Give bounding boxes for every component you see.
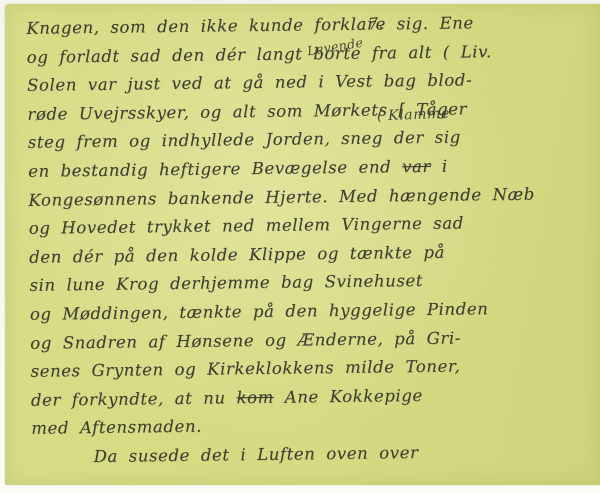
line-segment: i [431,157,448,176]
struck-word: var [402,157,431,176]
line-segment: en bestandig heftigere Bevægelse end [28,157,402,181]
manuscript-paper: 7. Levende ( Klamme Knagen, som den ikke… [5,4,600,485]
struck-word: kom [236,388,274,407]
line-segment: der forkyndte, at nu [31,388,237,410]
manuscript-line-paragraph-start: Da susede det i Luften oven over [31,438,491,472]
scanned-manuscript-frame: 7. Levende ( Klamme Knagen, som den ikke… [0,0,600,493]
manuscript-text-block: Knagen, som den ikke kunde forklare sig.… [26,9,492,472]
line-segment: Ane Kokkepige [274,386,423,407]
manuscript-line-with-correction: der forkyndte, at nu kom Ane Kokkepige [31,381,491,415]
